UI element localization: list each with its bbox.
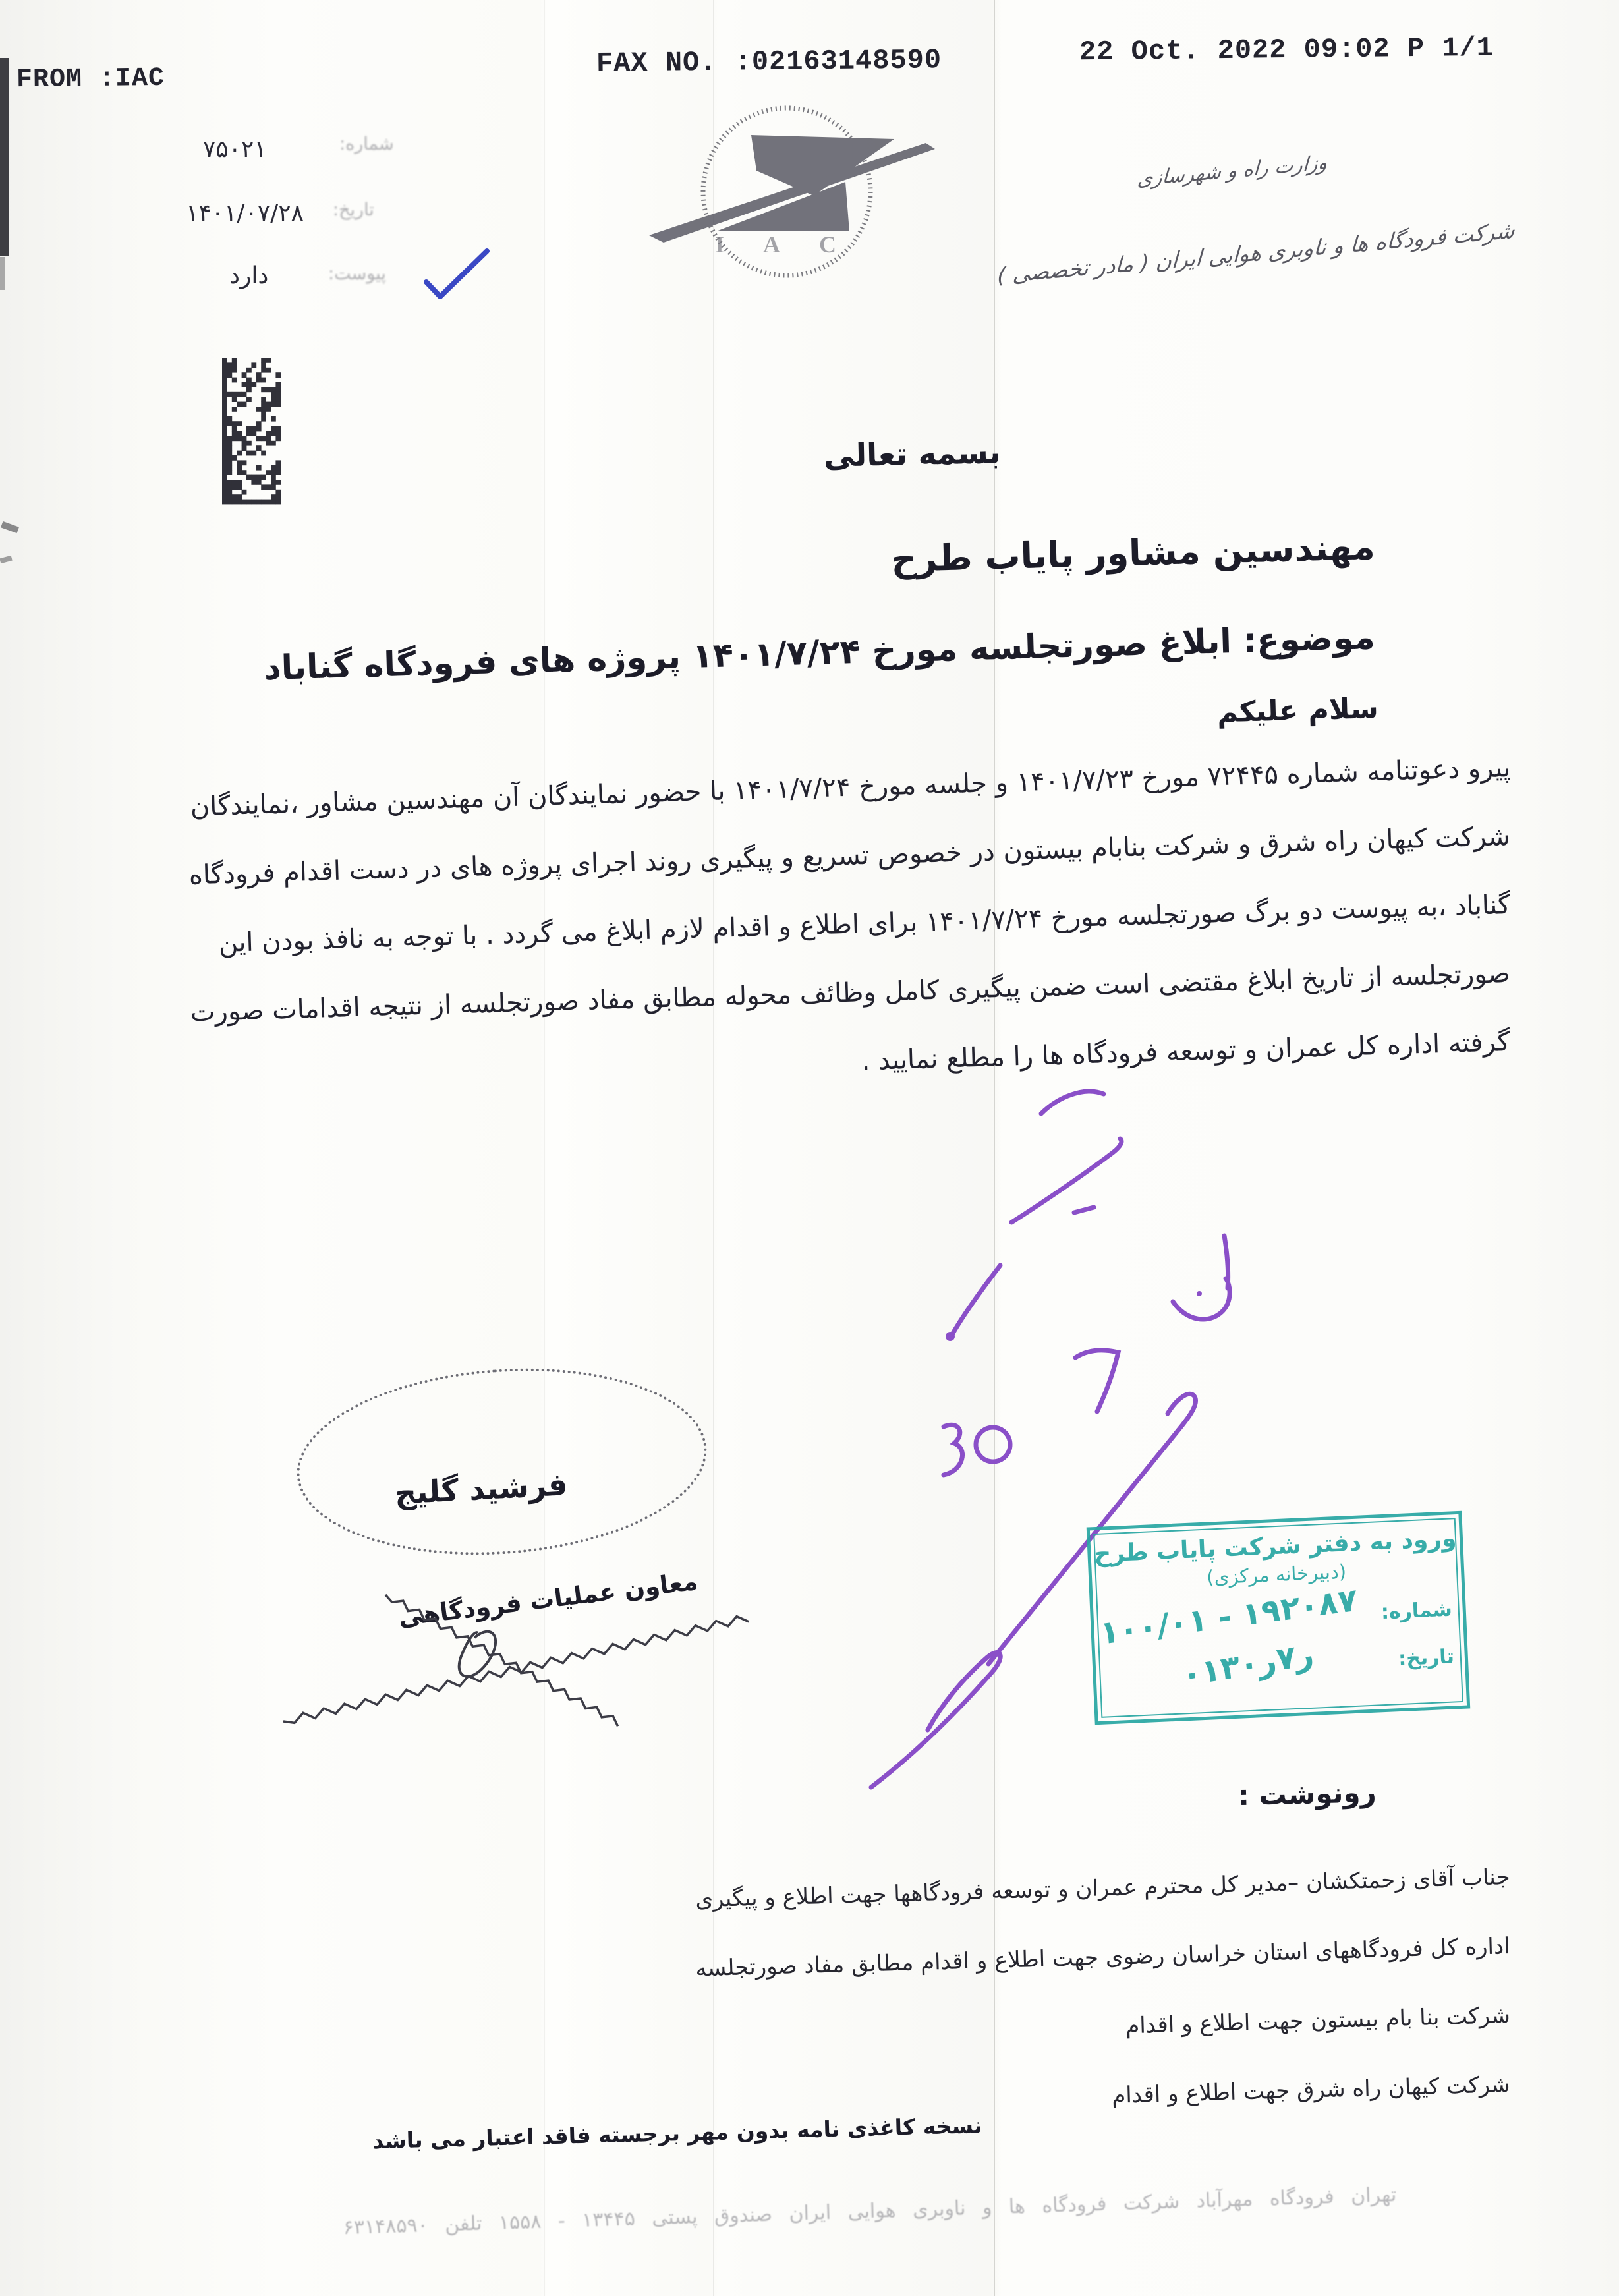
scan-edge-artifact [0, 58, 9, 256]
barcode-icon [222, 358, 283, 504]
cc-item: شرکت کیهان راه شرق جهت اطلاع و اقدام [1112, 2071, 1511, 2109]
cc-item: جناب آقای زحمتکشان –مدیر کل محترم عمران … [695, 1864, 1510, 1913]
letter-number-value: ۷۵۰۲۱ [203, 136, 267, 163]
iac-logo-letters: I A C [715, 231, 853, 258]
signature-ellipse [291, 1356, 713, 1568]
letter-number-label: شماره: [339, 134, 394, 154]
cc-item: اداره کل فرودگاههای استان خراسان رضوی جه… [695, 1933, 1510, 1982]
scan-fold-line [544, 0, 545, 2296]
salutation-line: سلام علیکم [1217, 692, 1379, 729]
address-footer-line: تهران فرودگاه مهرآباد شرکت فرودگاه ها و … [165, 2177, 1575, 2245]
body-line: گناباد ،به پیوست دو برگ صورتجلسه مورخ ۱۴… [218, 890, 1511, 958]
cc-label: رونوشت : [1238, 1776, 1377, 1812]
subject-line: موضوع: ابلاغ صورتجلسه مورخ ۱۴۰۱/۷/۲۴ پرو… [264, 618, 1376, 688]
body-line: پیرو دعوتنامه شماره ۷۲۴۴۵ مورخ ۱۴۰۱/۷/۲۳… [190, 753, 1511, 822]
validity-note: نسخه کاغذی نامه بدون مهر برجسته فاقد اعت… [372, 2112, 982, 2154]
fax-datetime: 22 Oct. 2022 09:02 P 1/1 [1079, 32, 1494, 69]
scan-edge-artifact [0, 257, 5, 290]
cc-item: شرکت بنا بام بیستون جهت اطلاع و اقدام [1125, 2002, 1511, 2039]
addressee-line: مهندسین مشاور پایاب طرح [891, 526, 1376, 580]
letter-attachment-value: دارد [229, 262, 268, 289]
stamp-number-label: شماره: [1380, 1598, 1452, 1624]
stamp-date-label: تاریخ: [1398, 1645, 1454, 1671]
letter-date-value: ۱۴۰۱/۰۷/۲۸ [186, 200, 304, 227]
handwritten-annotation [830, 1068, 1292, 1845]
scan-fold-line [713, 0, 714, 2296]
letterhead-company: شرکت فرودگاه ها و ناوبری هوایی ایران ( م… [1028, 217, 1515, 286]
letter-attachment-label: پیوست: [328, 264, 386, 284]
fax-from: FROM :IAC [16, 64, 165, 95]
checkmark-icon [418, 243, 494, 305]
letterhead-ministry: وزارت راه و شهرسازی [1120, 150, 1345, 192]
iac-logo-icon: I A C [649, 102, 939, 287]
letter-date-label: تاریخ: [333, 200, 374, 220]
signature-zigzag [237, 1575, 778, 1773]
receiving-stamp: ورود به دفتر شرکت پایاب طرح (دبیرخانه مر… [1087, 1511, 1471, 1725]
besmele-heading: بسمه تعالی [823, 434, 1001, 474]
scan-speck [1, 521, 19, 533]
body-line: شرکت کیهان راه شرق و شرکت بنابام بیستون … [188, 821, 1510, 890]
body-line: صورتجلسه از تاریخ ابلاغ مقتضی است ضمن پی… [190, 958, 1510, 1027]
scanned-fax-letter: FROM :IAC FAX NO. :02163148590 22 Oct. 2… [0, 0, 1619, 2296]
fax-number: FAX NO. :02163148590 [596, 44, 942, 79]
scan-speck [0, 556, 13, 563]
